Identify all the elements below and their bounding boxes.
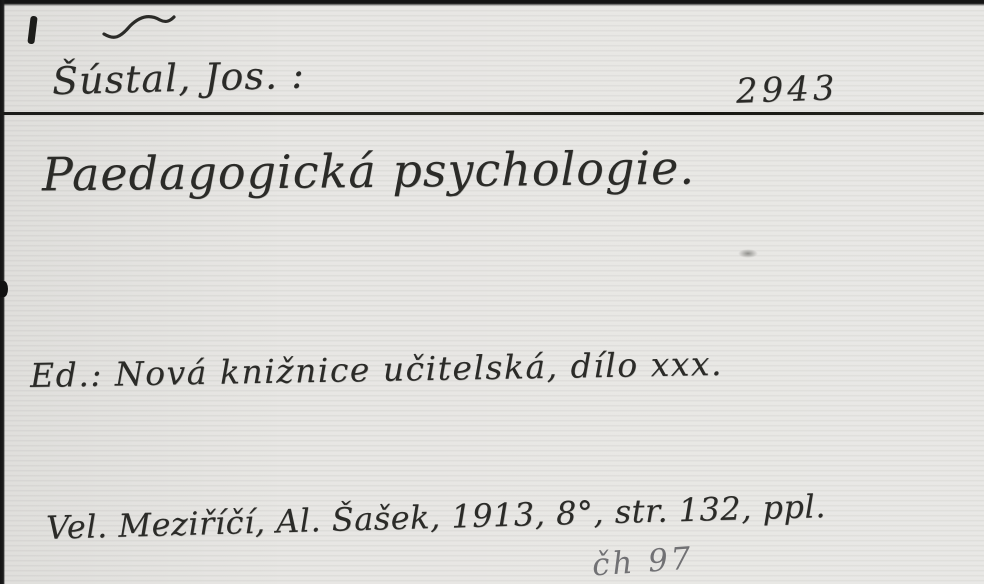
author-heading: Šústal, Jos. : <box>51 53 305 104</box>
scan-edge-blob <box>0 281 8 297</box>
pencil-shelfmark: čh 97 <box>591 540 695 583</box>
header-rule <box>0 112 984 115</box>
scan-edge-top <box>0 0 984 6</box>
imprint-line: Vel. Meziříčí, Al. Šašek, 1913, 8°, str.… <box>46 487 827 547</box>
corner-ink-mark <box>27 16 37 45</box>
caron-flourish <box>100 12 178 42</box>
title-line: Paedagogická psychologie. <box>42 141 695 202</box>
card-number: 2943 <box>735 68 839 112</box>
paper-smudge <box>738 249 758 258</box>
catalog-card: Šústal, Jos. : 2943 Paedagogická psychol… <box>0 0 984 584</box>
series-line: Ed.: Nová knižnice učitelská, dílo xxx. <box>30 344 724 395</box>
